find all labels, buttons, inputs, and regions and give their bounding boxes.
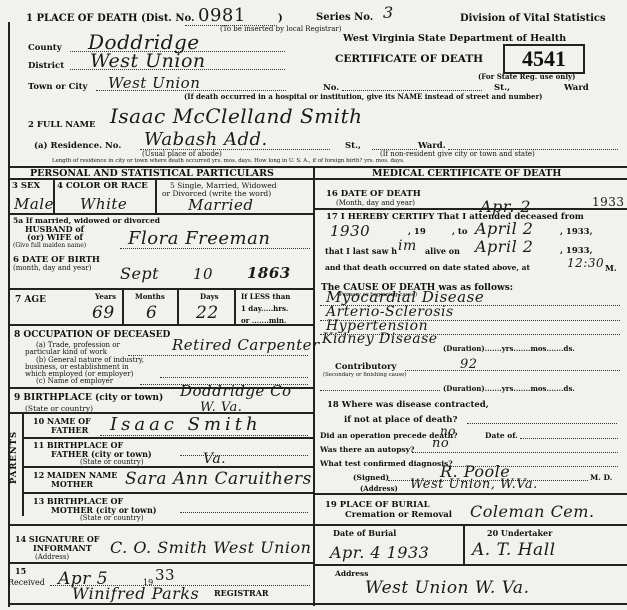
address-divider (313, 493, 627, 495)
dod-sub: (Month, day and year) (336, 199, 415, 207)
division-label: Division of Vital Statistics (460, 13, 606, 24)
full-name-label: 2 FULL NAME (28, 120, 96, 130)
residence-st-label: St., (345, 141, 361, 151)
date-of-line (520, 438, 618, 439)
dod-divider (313, 208, 627, 210)
residence-value: Wabash Add. (144, 129, 268, 150)
autopsy-label: Was there an autopsy? (320, 445, 414, 454)
father-line (100, 435, 308, 436)
alive-on: April 2 (475, 237, 533, 256)
district-label: District (28, 61, 64, 71)
undertaker-label: 20 Undertaker (487, 528, 552, 538)
registrar-label: REGISTRAR (214, 588, 269, 598)
ward-label: Ward (564, 83, 589, 93)
district-line (70, 69, 285, 70)
length-residence-note: Length of residence in city or town wher… (52, 158, 405, 164)
autopsy-value: no (432, 436, 449, 451)
informant-value: C. O. Smith West Union (110, 538, 311, 557)
hospital-note: (If death occurred in a hospital or inst… (184, 92, 542, 101)
contributory-line (405, 370, 620, 371)
attended-to: April 2 (475, 219, 533, 238)
address-value: West Union, W.Va. (410, 477, 538, 492)
personal-heading: PERSONAL AND STATISTICAL PARTICULARS (30, 168, 274, 179)
birthplace-label: 9 BIRTHPLACE (city or town) (14, 393, 163, 403)
years-label: Years (95, 292, 116, 301)
left-border (8, 22, 10, 607)
alive-on-label: alive on (425, 246, 460, 256)
occurred-label: and that death occurred on date stated a… (325, 263, 530, 272)
row-divider-6 (22, 437, 313, 439)
death-certificate: 1 PLACE OF DEATH (Dist. No. 0981 ) (To b… (0, 0, 627, 610)
to-label: , to (452, 227, 468, 237)
mother-bp-line (180, 512, 308, 513)
row-divider-1 (8, 213, 313, 215)
md-label: M. D. (590, 473, 612, 482)
medical-heading: MEDICAL CERTIFICATE OF DEATH (372, 168, 561, 179)
last-saw-label: that I last saw h (325, 246, 397, 256)
days-divider (234, 288, 236, 324)
duration-label: (Duration).......yrs.......mos.......ds. (443, 344, 575, 353)
months-label: Months (135, 292, 165, 301)
race-value: White (80, 195, 127, 213)
occ-c: (c) Name of employer (36, 377, 113, 385)
place-of-death-label: 1 PLACE OF DEATH (Dist. No. (26, 13, 195, 24)
residence-label: (a) Residence. No. (34, 141, 121, 151)
duration-line-2 (320, 390, 440, 391)
sex-value: Male (14, 195, 54, 213)
industry-line (160, 377, 308, 378)
death-time: 12:30 (567, 256, 604, 270)
undertaker-address: West Union W. Va. (365, 578, 529, 598)
parents-divider (22, 412, 24, 516)
contributory-label: Contributory (335, 362, 396, 372)
cause-line-4: Kidney Disease (322, 331, 438, 347)
mother-label-2: MOTHER (51, 479, 93, 489)
received-year: 33 (155, 566, 175, 584)
age-years: 69 (92, 303, 115, 323)
registrar-signature: Winifred Parks (72, 584, 199, 603)
dod-label: 16 DATE OF DEATH (326, 189, 421, 199)
undertaker-divider (313, 564, 627, 566)
town-line (96, 90, 286, 91)
attended-to-year: , 1933, (560, 227, 593, 237)
burial-label-1: 19 PLACE OF BURIAL (325, 500, 430, 510)
less-than-label-2: 1 day.....hrs. (241, 304, 288, 313)
county-label: County (28, 43, 62, 53)
bottom-border (8, 603, 627, 605)
undertaker-value: A. T. Hall (472, 540, 556, 560)
burial-divider (313, 524, 627, 526)
spouse-label-3: (or) WIFE of (27, 232, 83, 242)
occupation-label: 8 OCCUPATION OF DECEASED (14, 330, 170, 340)
contracted-line (467, 423, 617, 424)
age-days: 22 (196, 303, 219, 323)
spouse-value: Flora Freeman (128, 228, 270, 249)
father-label-2: FATHER (51, 425, 88, 435)
race-divider (155, 178, 157, 213)
occ-a-2: particular kind of work (25, 348, 107, 356)
row-divider-3 (8, 324, 313, 326)
informant-label-2: INFORMANT (33, 543, 92, 553)
burial-place: Coleman Cem. (470, 502, 595, 521)
nonresident-note: (If non-resident give city or town and s… (380, 150, 535, 158)
certificate-title: CERTIFICATE OF DEATH (335, 53, 483, 65)
race-label: 4 COLOR OR RACE (57, 181, 148, 191)
burial-undertaker-divider (463, 524, 465, 564)
last-saw-him: im (398, 238, 417, 254)
dob-day: 10 (193, 265, 213, 283)
dod-year: 1933 (592, 195, 625, 209)
full-name-value: Isaac McClelland Smith (110, 104, 363, 128)
alive-on-year: , 1933, (560, 246, 593, 256)
town-label: Town or City (28, 82, 87, 92)
received-num: 15 (15, 566, 26, 576)
duration-label-2: (Duration).......yrs.......mos.......ds. (443, 384, 575, 393)
paren-close: ) (278, 13, 283, 24)
less-than-label-1: If LESS than (241, 292, 290, 301)
row-divider-7 (22, 466, 313, 468)
mother-bp-label-3: (State or country) (80, 514, 143, 522)
mother-value: Sara Ann Caruithers (125, 469, 312, 489)
row-divider-2 (8, 288, 313, 290)
father-bp-line (180, 455, 308, 456)
received-label: Received (8, 578, 45, 587)
dob-year: 1863 (247, 264, 291, 282)
marital-value: Married (188, 196, 253, 214)
test-label: What test confirmed diagnosis? (320, 459, 453, 468)
column-divider (313, 166, 315, 606)
state-reg-note: (For State Reg. use only) (478, 72, 575, 81)
signed-label: (Signed) (353, 473, 389, 482)
to-be-inserted-note: (To be inserted by local Registrar) (220, 25, 341, 33)
father-bp-value: Va. (203, 451, 226, 467)
dob-sub: (month, day and year) (13, 264, 91, 272)
sex-label: 3 SEX (12, 181, 40, 191)
row-divider-8 (22, 492, 313, 494)
burial-label-2: Cremation or Removal (345, 510, 452, 520)
father-bp-label-3: (State or country) (80, 458, 143, 466)
date-of-label: Date of. (485, 431, 518, 440)
contracted-label-1: 18 Where was disease contracted, (327, 400, 489, 410)
comma-19: , 19 (408, 227, 426, 237)
years-divider (122, 288, 124, 324)
parents-label: PARENTS (9, 431, 19, 484)
months-divider (177, 288, 179, 324)
no-line (342, 90, 482, 91)
undertaker-address-label: Address (335, 569, 368, 578)
row-divider-10 (8, 562, 313, 564)
contributory-sub: (Secondary or finishing cause) (323, 372, 406, 378)
certificate-number: 4541 (503, 44, 585, 74)
days-label: Days (200, 292, 219, 301)
burial-date: Apr. 4 1933 (330, 543, 429, 562)
series-value: 3 (383, 3, 394, 22)
series-label: Series No. (316, 12, 373, 23)
autopsy-line (412, 452, 618, 453)
abode-note: (Usual place of abode) (142, 150, 222, 158)
spouse-line (120, 248, 310, 249)
age-label: 7 AGE (15, 295, 46, 305)
address-label: (Address) (360, 484, 398, 493)
birthplace-value-1: Doddridge Co (180, 382, 292, 400)
row-divider-9 (8, 524, 313, 526)
age-months: 6 (146, 303, 157, 323)
spouse-label-4: (Give full maiden name) (13, 242, 86, 249)
informant-label-3: (Address) (35, 553, 69, 561)
dist-no-value: 0981 (198, 5, 246, 26)
occupation-value: Retired Carpenter (172, 336, 320, 354)
occupation-line (128, 355, 308, 356)
m-label: M. (605, 263, 617, 273)
certify-label: 17 I HEREBY CERTIFY That I attended dece… (326, 212, 584, 222)
father-value: Isaac Smith (110, 414, 262, 435)
dob-month: Sept (120, 264, 159, 283)
burial-date-label: Date of Burial (333, 528, 396, 538)
department-label: West Virginia State Department of Health (343, 33, 566, 44)
attended-from: 1930 (330, 222, 370, 240)
